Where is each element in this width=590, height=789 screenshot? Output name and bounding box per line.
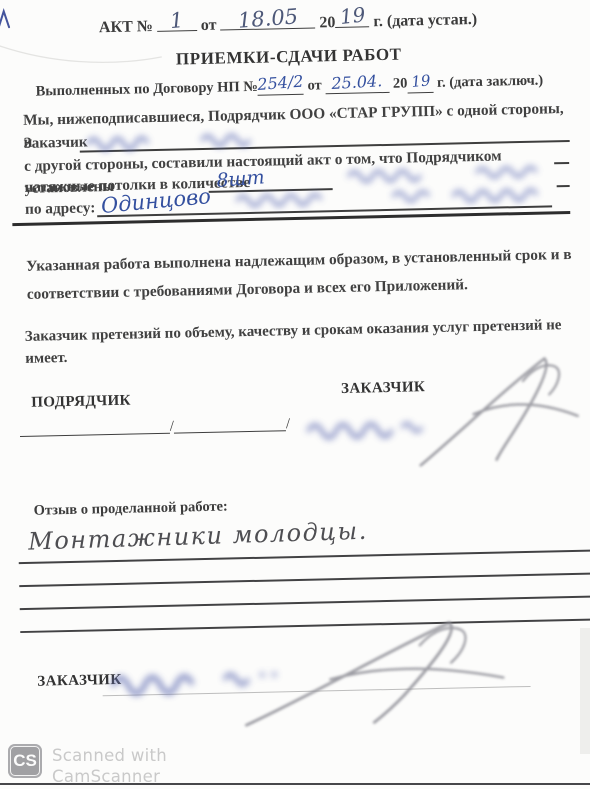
act-number-handwritten: 1 [169, 8, 185, 33]
contractor-signature-blank [20, 417, 170, 437]
act-year-blank: 19 [335, 10, 369, 28]
contract-year-prefix: 20 [393, 75, 408, 91]
contractor-name-blank [174, 414, 286, 433]
review-handwritten: Монтажники молодцы. [28, 517, 368, 556]
contract-number-blank: 254/2 [258, 78, 304, 96]
act-year-prefix: 20 [319, 14, 335, 31]
document-content: АКТ № 1 от 18.05 2019 г. (дата устан.) П… [0, 0, 590, 766]
address-label: по адресу: [25, 197, 96, 221]
blurred-customer-name [83, 124, 283, 152]
review-label: Отзыв о проделанной работе: [33, 499, 228, 520]
contract-year-handwritten: 19 [410, 71, 431, 91]
scan-edge-shadow [580, 628, 590, 754]
work-statement: Указанная работа выполнена надлежащим об… [26, 241, 577, 310]
customer-bottom-signature-scrawl [234, 615, 511, 731]
contract-year-blank: 19 [407, 76, 433, 94]
camscanner-logo-text: CS [13, 751, 37, 771]
contractor-heading: ПОДРЯДЧИК [31, 393, 131, 412]
contract-date-blank: 25.04. [325, 76, 389, 94]
camscanner-logo: CS [8, 744, 42, 778]
act-from-label: от [201, 17, 217, 34]
customer-label: Заказчик [23, 131, 88, 155]
contract-date-signed-suffix: г. (дата заключ.) [437, 73, 543, 91]
act-date-blank: 18.05 [220, 11, 315, 30]
watermark-line-1: Scanned with [52, 745, 167, 766]
act-year-handwritten: 19 [338, 2, 366, 29]
act-date-handwritten: 18.05 [237, 4, 299, 32]
act-number-blank: 1 [157, 14, 197, 32]
ruled-line-3 [20, 595, 590, 609]
section-divider [12, 211, 570, 226]
act-header-line: АКТ № 1 от 18.05 2019 г. (дата устан.) [0, 6, 583, 40]
camscanner-watermark: Scanned with CamScanner [52, 745, 167, 787]
customer-signature-scrawl [412, 350, 583, 474]
contractor-signature-row: // [20, 414, 291, 439]
contract-number-handwritten: 254/2 [257, 72, 304, 94]
blurred-address-part-2 [233, 177, 551, 210]
ruled-line-2 [19, 572, 590, 586]
contract-prefix: Выполненных по Договору НП № [35, 79, 258, 100]
line-end-dash-1 [554, 162, 569, 164]
act-label: АКТ № [99, 18, 153, 36]
scan-bottom-edge [0, 783, 590, 785]
contract-date-handwritten: 25.04. [331, 71, 383, 93]
scanned-document-page: АКТ № 1 от 18.05 2019 г. (дата устан.) П… [0, 0, 590, 789]
contract-from-label: от [307, 77, 322, 93]
signature-separator: / [286, 416, 291, 432]
line-end-dash-2 [557, 185, 570, 187]
act-date-set-suffix: г. (дата устан.) [373, 11, 477, 30]
